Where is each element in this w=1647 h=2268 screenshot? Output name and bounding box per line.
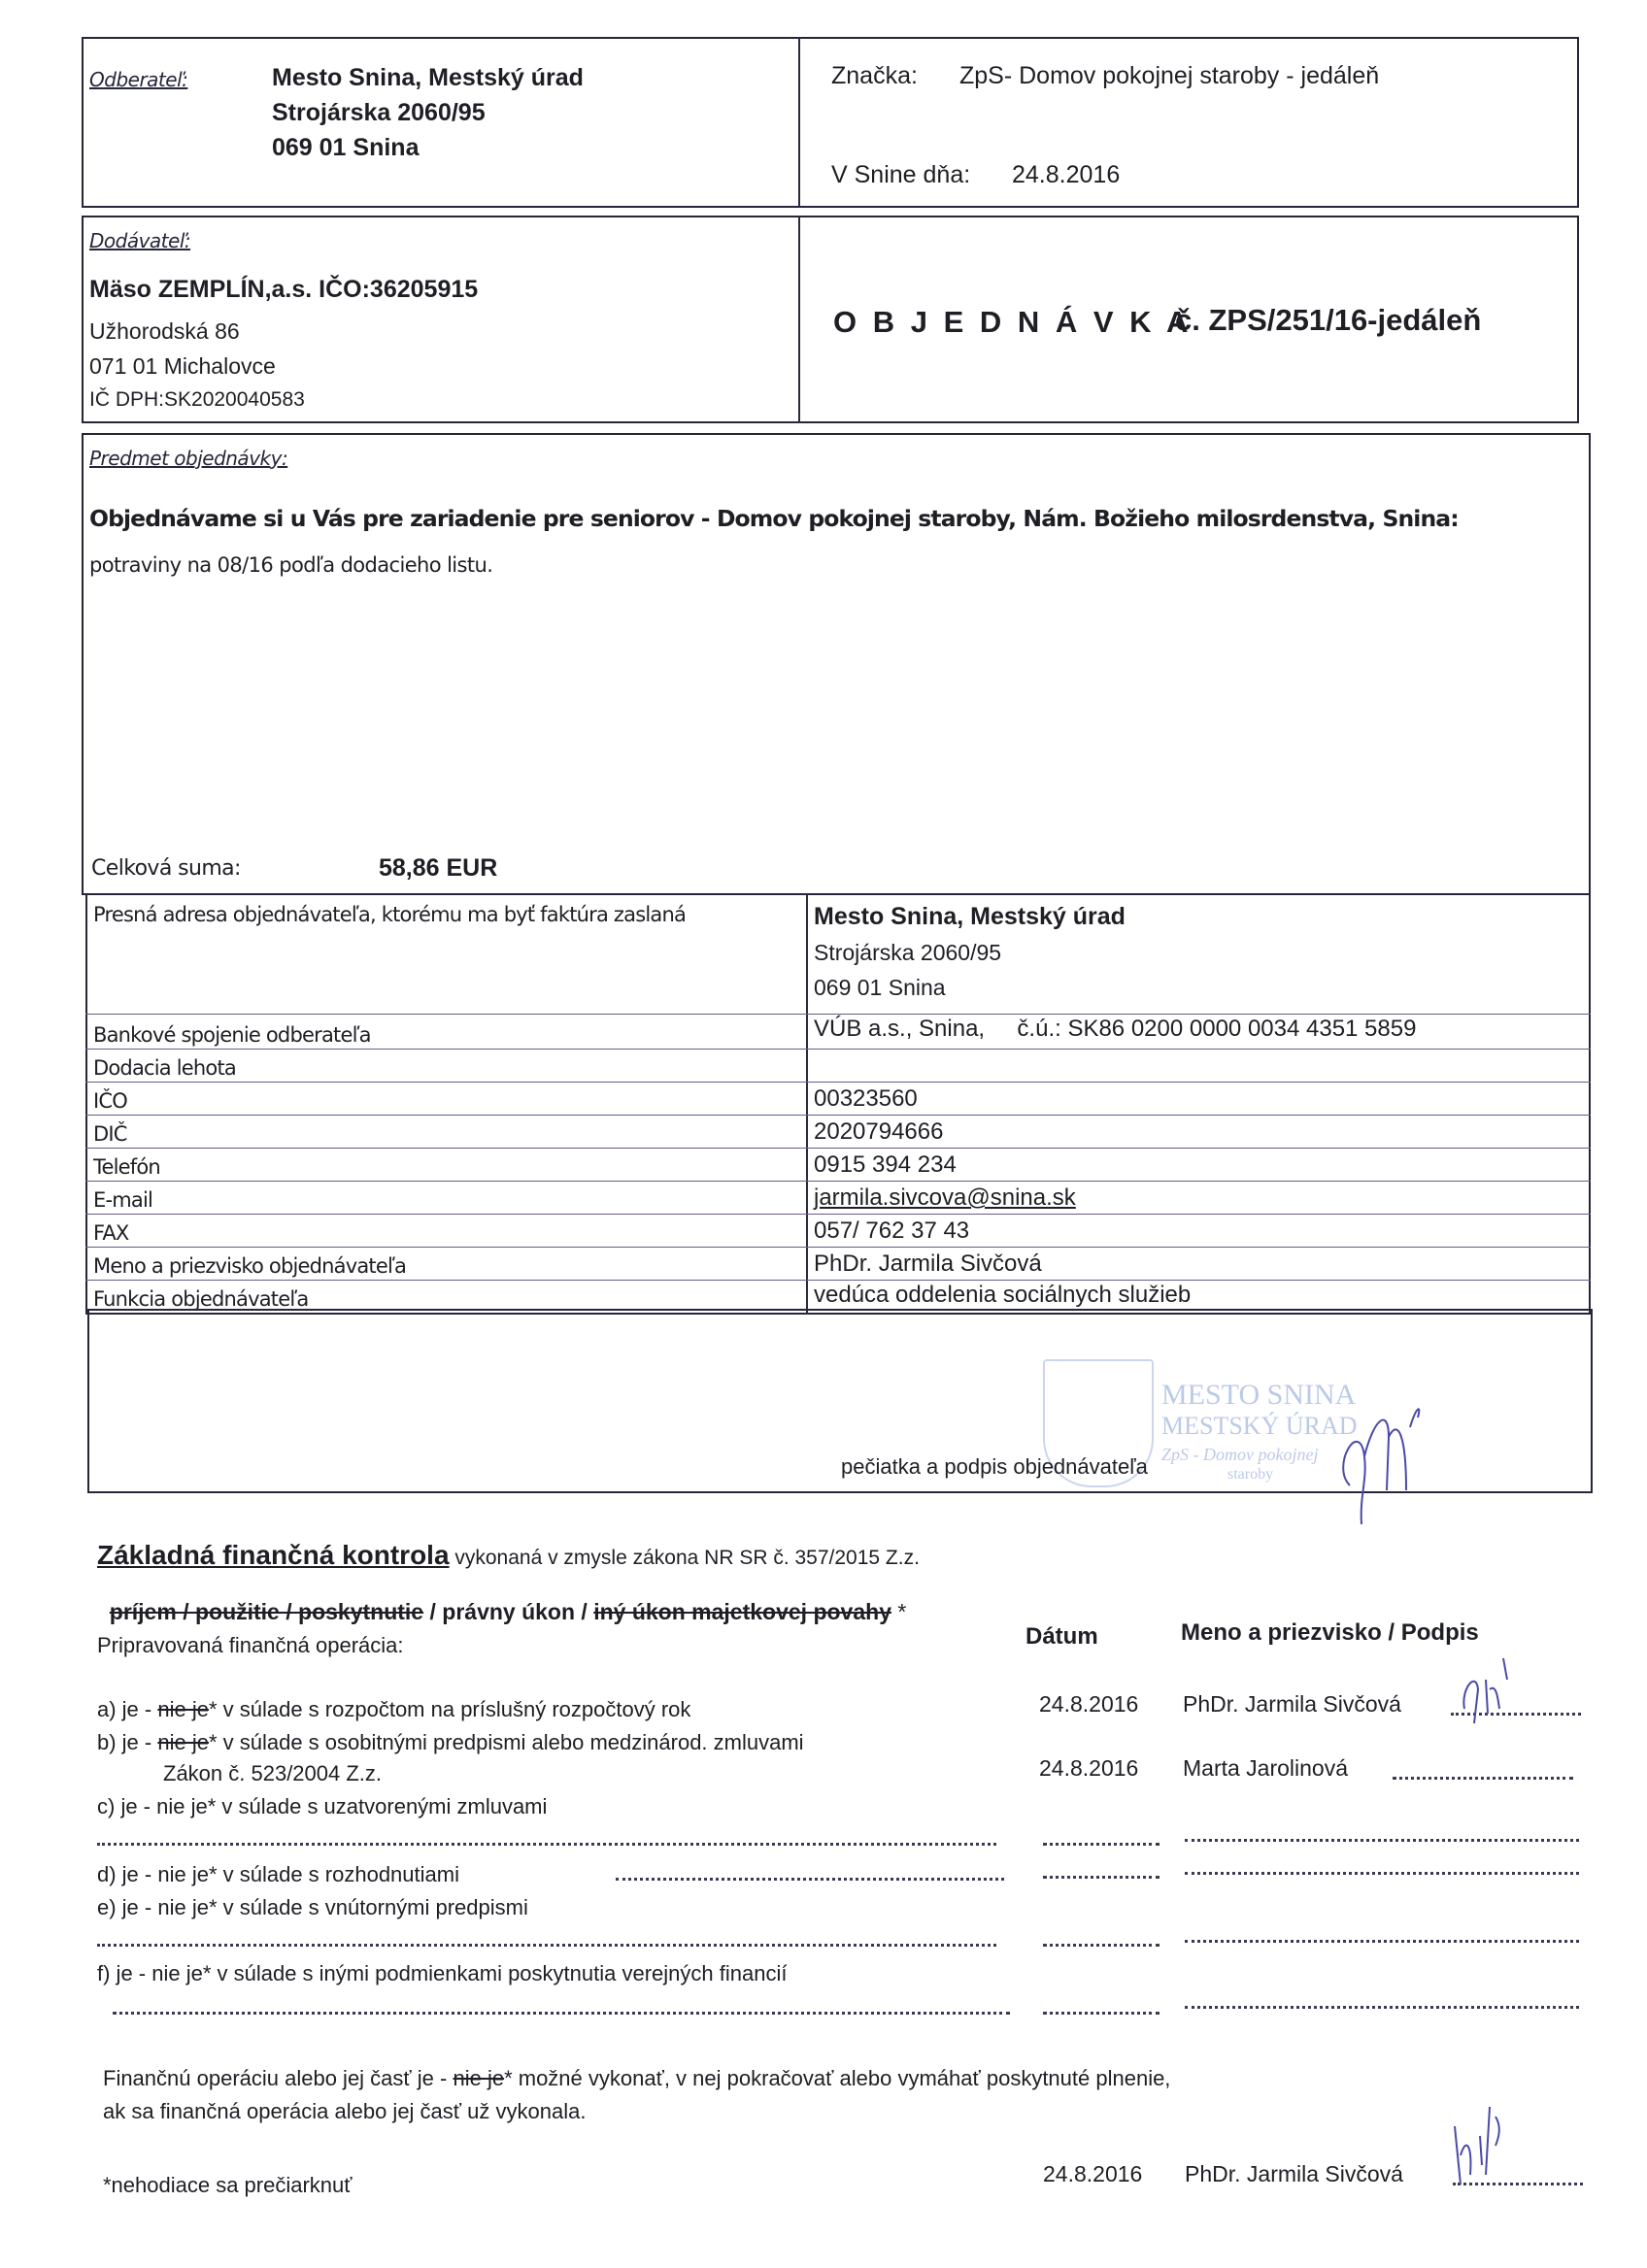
item-a: a) je - nie je* v súlade s rozpočtom na … bbox=[97, 1697, 690, 1722]
item-rest: * v súlade s rozpočtom na príslušný rozp… bbox=[209, 1697, 690, 1721]
control-type-active: / právny úkon / bbox=[423, 1599, 593, 1624]
invoice-address-name: Mesto Snina, Mestský úrad bbox=[814, 903, 1126, 931]
date-label: V Snine dňa: bbox=[831, 161, 970, 189]
row-divider bbox=[85, 1181, 1591, 1182]
dotted-line-d-date bbox=[1043, 1876, 1160, 1879]
row-divider bbox=[85, 1082, 1591, 1083]
control-heading: Základná finančná kontrola vykonaná v zm… bbox=[97, 1540, 920, 1571]
row-label-function: Funkcia objednávateľa bbox=[93, 1287, 308, 1311]
signature-icon bbox=[1447, 2097, 1525, 2204]
row-label-dic: DIČ bbox=[93, 1122, 127, 1146]
total-label: Celková suma: bbox=[91, 856, 241, 881]
sign-date-1: 24.8.2016 bbox=[1039, 1691, 1138, 1718]
final-rest: * možné vykonať, v nej pokračovať alebo … bbox=[504, 2066, 1170, 2090]
control-type: príjem / použitie / poskytnutie / právny… bbox=[97, 1573, 906, 1625]
item-prefix: c) je - nie je bbox=[97, 1794, 208, 1818]
supplier-label: Dodávateľ: bbox=[89, 229, 190, 252]
dotted-line-f bbox=[113, 2012, 1010, 2015]
row-divider bbox=[85, 1280, 1591, 1281]
date-header: Dátum bbox=[1025, 1623, 1098, 1651]
row-divider bbox=[85, 1214, 1591, 1215]
subject-text: potraviny na 08/16 podľa dodacieho listu… bbox=[89, 553, 492, 577]
invoice-address-city: 069 01 Snina bbox=[814, 975, 946, 1001]
control-title: Základná finančná kontrola bbox=[97, 1540, 450, 1570]
item-prefix: e) je - nie je bbox=[97, 1895, 209, 1919]
item-prefix: d) je - nie je bbox=[97, 1862, 209, 1886]
dotted-line-c-name bbox=[1185, 1839, 1579, 1842]
stamp-line4: staroby bbox=[1227, 1466, 1273, 1484]
row-divider bbox=[85, 1148, 1591, 1149]
item-prefix: b) je - bbox=[97, 1730, 157, 1754]
item-prefix: f) je - nie je bbox=[97, 1961, 203, 1985]
row-divider bbox=[85, 1014, 1591, 1015]
signature-icon bbox=[1321, 1398, 1428, 1524]
item-d: d) je - nie je* v súlade s rozhodnutiami bbox=[97, 1862, 459, 1887]
order-title: O B J E D N Á V K A bbox=[833, 305, 1192, 340]
footnote: *nehodiace sa prečiarknuť bbox=[103, 2173, 353, 2198]
row-value-phone: 0915 394 234 bbox=[814, 1151, 957, 1179]
control-title-rest: vykonaná v zmysle zákona NR SR č. 357/20… bbox=[450, 1547, 920, 1569]
name-header: Meno a priezvisko / Podpis bbox=[1181, 1619, 1479, 1647]
stamp-line3: ZpS - Domov pokojnej bbox=[1161, 1445, 1318, 1465]
final-date: 24.8.2016 bbox=[1043, 2161, 1142, 2187]
dotted-line-d bbox=[616, 1878, 1004, 1881]
item-rest: * v súlade s uzatvorenými zmluvami bbox=[208, 1794, 548, 1818]
order-number: č. ZPS/251/16-jedáleň bbox=[1175, 303, 1481, 338]
row-label-name: Meno a priezvisko objednávateľa bbox=[93, 1254, 406, 1278]
invoice-address-label: Presná adresa objednávateľa, ktorému ma … bbox=[93, 903, 686, 926]
buyer-city: 069 01 Snina bbox=[272, 134, 419, 162]
row-value-email[interactable]: jarmila.sivcova@snina.sk bbox=[814, 1184, 1076, 1212]
row-divider bbox=[85, 1049, 1591, 1050]
operation-label: Pripravovaná finančná operácia: bbox=[97, 1633, 404, 1658]
supplier-divider bbox=[798, 216, 800, 423]
row-label-ico: IČO bbox=[93, 1089, 127, 1113]
final-name: PhDr. Jarmila Sivčová bbox=[1185, 2161, 1403, 2187]
control-type-star: * bbox=[891, 1599, 906, 1624]
item-e: e) je - nie je* v súlade s vnútornými pr… bbox=[97, 1895, 528, 1920]
item-struck: nie je bbox=[157, 1730, 209, 1754]
row-label-email: E-mail bbox=[93, 1188, 152, 1212]
supplier-vat: IČ DPH:SK2020040583 bbox=[89, 388, 305, 412]
dotted-line-c bbox=[97, 1843, 996, 1846]
date-value: 24.8.2016 bbox=[1012, 161, 1120, 189]
control-type-struck1: príjem / použitie / poskytnutie bbox=[110, 1599, 423, 1624]
invoice-address-street: Strojárska 2060/95 bbox=[814, 940, 1001, 966]
item-b: b) je - nie je* v súlade s osobitnými pr… bbox=[97, 1730, 804, 1755]
item-rest: * v súlade s vnútornými predpismi bbox=[209, 1895, 528, 1919]
stamp-caption: pečiatka a podpis objednávateľa bbox=[841, 1454, 1148, 1480]
final-struck: nie je bbox=[453, 2066, 504, 2090]
control-type-struck2: iný úkon majetkovej povahy bbox=[593, 1599, 891, 1624]
mark-value: ZpS- Domov pokojnej staroby - jedáleň bbox=[959, 62, 1379, 90]
item-rest: * v súlade s inými podmienkami poskytnut… bbox=[203, 1961, 788, 1985]
dotted-line-e-date bbox=[1043, 1944, 1160, 1947]
dotted-line-d-name bbox=[1185, 1872, 1579, 1875]
signature-icon bbox=[1457, 1651, 1534, 1728]
item-prefix: a) je - bbox=[97, 1697, 157, 1721]
dotted-line-e bbox=[97, 1944, 996, 1947]
row-value-fax: 057/ 762 37 43 bbox=[814, 1217, 969, 1245]
dotted-line-c-date bbox=[1043, 1843, 1160, 1846]
item-b-law: Zákon č. 523/2004 Z.z. bbox=[163, 1761, 382, 1786]
subject-box bbox=[82, 433, 1591, 895]
supplier-street: Užhorodská 86 bbox=[89, 318, 240, 345]
row-label-fax: FAX bbox=[93, 1221, 129, 1245]
dotted-line-f-date bbox=[1043, 2012, 1160, 2015]
row-label-phone: Telefón bbox=[93, 1155, 160, 1179]
sign-date-2: 24.8.2016 bbox=[1039, 1755, 1138, 1782]
row-divider bbox=[85, 1115, 1591, 1116]
subject-headline: Objednávame si u Vás pre zariadenie pre … bbox=[89, 505, 1459, 532]
item-c: c) je - nie je* v súlade s uzatvorenými … bbox=[97, 1794, 547, 1819]
row-label-delivery: Dodacia lehota bbox=[93, 1056, 236, 1080]
subject-label: Predmet objednávky: bbox=[89, 447, 287, 470]
row-value-dic: 2020794666 bbox=[814, 1118, 943, 1146]
final-prefix: Finančnú operáciu alebo jej časť je - bbox=[103, 2066, 453, 2090]
sign-name-2: Marta Jarolinová bbox=[1183, 1755, 1348, 1782]
item-rest: * v súlade s rozhodnutiami bbox=[209, 1862, 459, 1886]
final-line2: ak sa finančná operácia alebo jej časť u… bbox=[103, 2099, 586, 2124]
header-divider bbox=[798, 37, 800, 208]
row-value-function: vedúca oddelenia sociálnych služieb bbox=[814, 1282, 1191, 1309]
mark-label: Značka: bbox=[831, 62, 918, 90]
row-divider bbox=[85, 1247, 1591, 1248]
dotted-line-e-name bbox=[1185, 1940, 1579, 1943]
final-statement: Finančnú operáciu alebo jej časť je - ni… bbox=[103, 2066, 1170, 2091]
buyer-name: Mesto Snina, Mestský úrad bbox=[272, 64, 584, 92]
row-label-bank: Bankové spojenie odberateľa bbox=[93, 1023, 371, 1047]
sign-name-1: PhDr. Jarmila Sivčová bbox=[1183, 1691, 1401, 1718]
total-value: 58,86 EUR bbox=[379, 854, 497, 883]
item-rest: * v súlade s osobitnými predpismi alebo … bbox=[209, 1730, 804, 1754]
item-struck: nie je bbox=[157, 1697, 209, 1721]
sign-line-2 bbox=[1393, 1777, 1573, 1780]
row-value-ico: 00323560 bbox=[814, 1085, 918, 1113]
buyer-label: Odberateľ: bbox=[89, 68, 187, 91]
row-value-name: PhDr. Jarmila Sivčová bbox=[814, 1251, 1042, 1278]
details-divider bbox=[806, 893, 808, 1315]
supplier-name-ico: Mäso ZEMPLÍN,a.s. IČO:36205915 bbox=[89, 276, 478, 304]
buyer-street: Strojárska 2060/95 bbox=[272, 99, 486, 127]
item-f: f) je - nie je* v súlade s inými podmien… bbox=[97, 1961, 787, 1986]
row-value-bank: VÚB a.s., Snina, č.ú.: SK86 0200 0000 00… bbox=[814, 1016, 1416, 1043]
supplier-city: 071 01 Michalovce bbox=[89, 353, 276, 380]
dotted-line-f-name bbox=[1185, 2006, 1579, 2009]
